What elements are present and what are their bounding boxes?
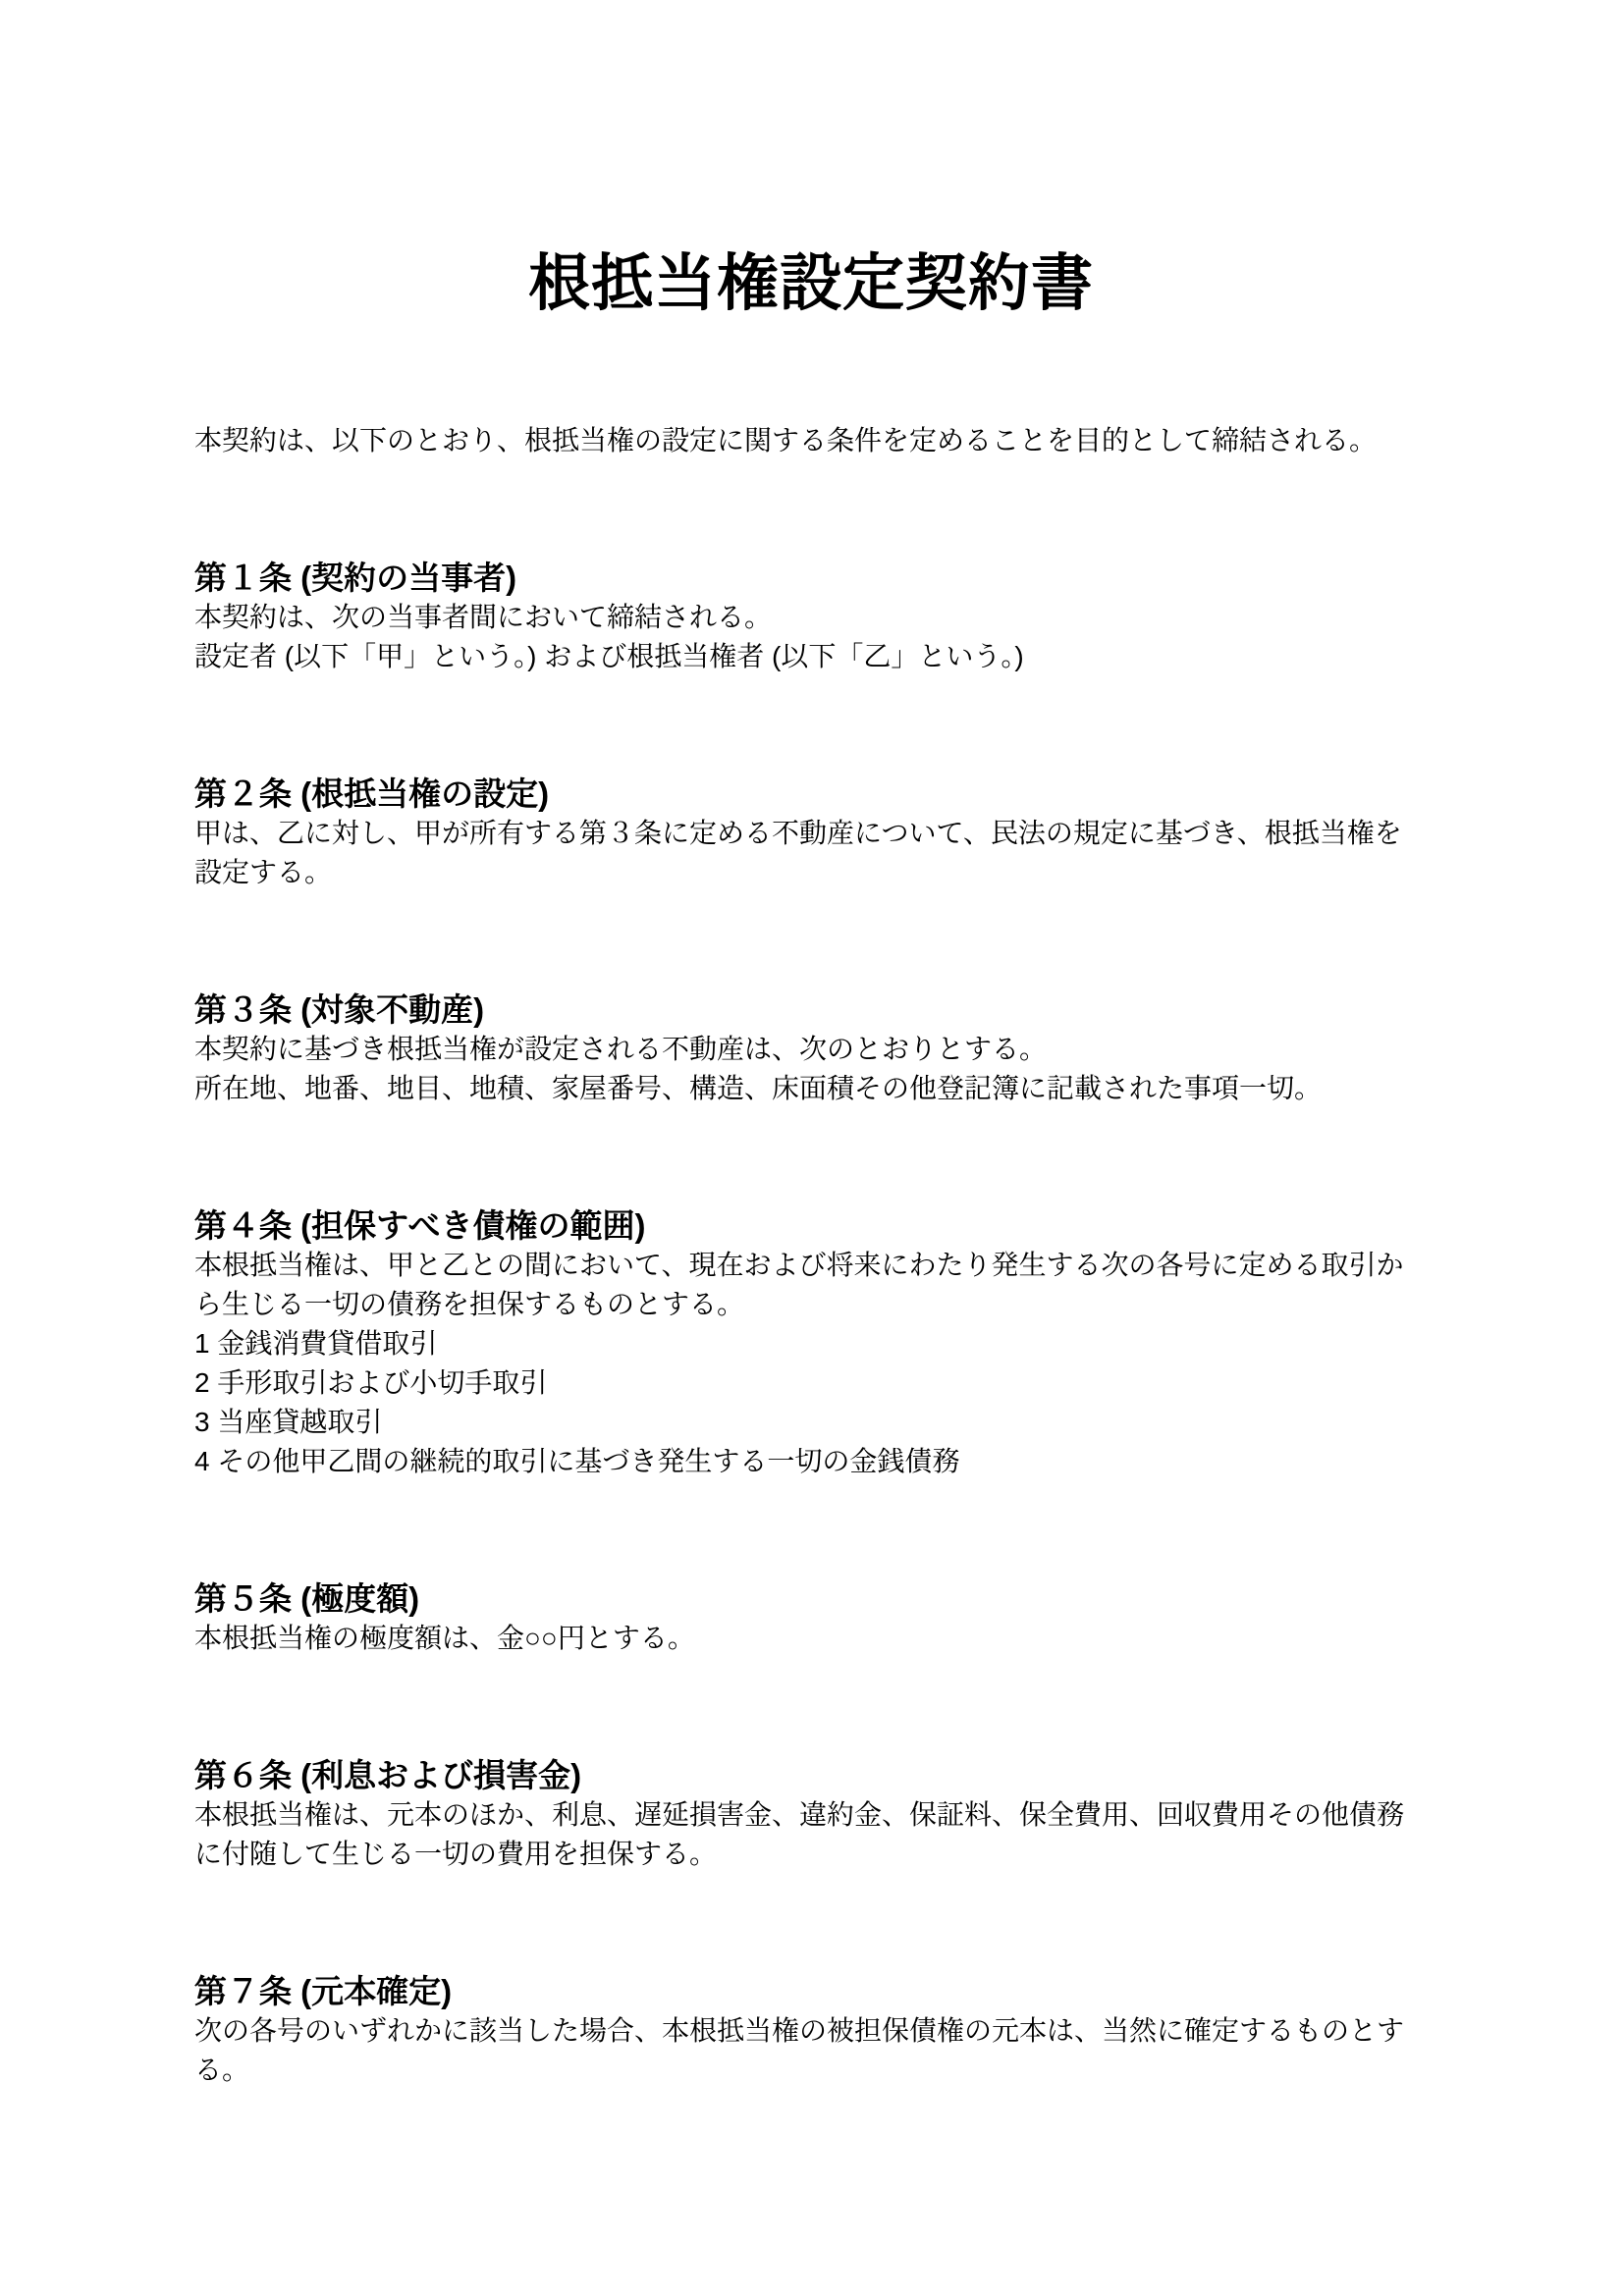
article-paragraph: 所在地、地番、地目、地積、家屋番号、構造、床面積その他登記簿に記載された事項一切… (194, 1069, 1428, 1108)
article-body: 本契約に基づき根抵当権が設定される不動産は、次のとおりとする。所在地、地番、地目… (194, 1030, 1428, 1108)
article-paragraph: 本根抵当権は、元本のほか、利息、遅延損害金、違約金、保証料、保全費用、回収費用そ… (194, 1795, 1428, 1874)
intro-paragraph: 本契約は、以下のとおり、根抵当権の設定に関する条件を定めることを目的として締結さ… (194, 421, 1428, 460)
contract-document: 根抵当権設定契約書 本契約は、以下のとおり、根抵当権の設定に関する条件を定めるこ… (0, 0, 1624, 2296)
article-section: 第６条 (利息および損害金) 本根抵当権は、元本のほか、利息、遅延損害金、違約金… (194, 1756, 1428, 1874)
article-section: 第４条 (担保すべき債権の範囲) 本根抵当権は、甲と乙との間において、現在および… (194, 1206, 1428, 1481)
article-section: 第１条 (契約の当事者) 本契約は、次の当事者間において締結される。設定者 (以… (194, 559, 1428, 676)
article-section: 第２条 (根抵当権の設定) 甲は、乙に対し、甲が所有する第３条に定める不動産につ… (194, 774, 1428, 892)
article-body: 本根抵当権の極度額は、金○○円とする。 (194, 1619, 1428, 1658)
article-paragraph: 甲は、乙に対し、甲が所有する第３条に定める不動産について、民法の規定に基づき、根… (194, 814, 1428, 892)
article-body: 次の各号のいずれかに該当した場合、本根抵当権の被担保債権の元本は、当然に確定する… (194, 2011, 1428, 2090)
article-heading: 第６条 (利息および損害金) (194, 1756, 1428, 1795)
numbered-list-item: 3 当座貸越取引 (194, 1403, 1428, 1442)
article-paragraph: 本根抵当権は、甲と乙との間において、現在および将来にわたり発生する次の各号に定め… (194, 1246, 1428, 1324)
article-paragraph: 本契約に基づき根抵当権が設定される不動産は、次のとおりとする。 (194, 1030, 1428, 1069)
numbered-list-item: 2 手形取引および小切手取引 (194, 1363, 1428, 1403)
article-body: 本契約は、次の当事者間において締結される。設定者 (以下「甲」という。) および… (194, 598, 1428, 676)
article-section: 第３条 (対象不動産) 本契約に基づき根抵当権が設定される不動産は、次のとおりと… (194, 990, 1428, 1108)
article-body: 甲は、乙に対し、甲が所有する第３条に定める不動産について、民法の規定に基づき、根… (194, 814, 1428, 892)
article-paragraph: 本契約は、次の当事者間において締結される。 (194, 598, 1428, 637)
article-heading: 第４条 (担保すべき債権の範囲) (194, 1206, 1428, 1246)
articles-container: 第１条 (契約の当事者) 本契約は、次の当事者間において締結される。設定者 (以… (194, 559, 1428, 2090)
article-paragraph: 次の各号のいずれかに該当した場合、本根抵当権の被担保債権の元本は、当然に確定する… (194, 2011, 1428, 2090)
article-heading: 第５条 (極度額) (194, 1579, 1428, 1619)
article-heading: 第３条 (対象不動産) (194, 990, 1428, 1030)
numbered-list-item: 1 金銭消費貸借取引 (194, 1324, 1428, 1363)
article-body: 本根抵当権は、甲と乙との間において、現在および将来にわたり発生する次の各号に定め… (194, 1246, 1428, 1481)
article-section: 第５条 (極度額) 本根抵当権の極度額は、金○○円とする。 (194, 1579, 1428, 1658)
numbered-list-item: 4 その他甲乙間の継続的取引に基づき発生する一切の金銭債務 (194, 1442, 1428, 1481)
article-heading: 第２条 (根抵当権の設定) (194, 774, 1428, 814)
article-body: 本根抵当権は、元本のほか、利息、遅延損害金、違約金、保証料、保全費用、回収費用そ… (194, 1795, 1428, 1874)
article-section: 第７条 (元本確定) 次の各号のいずれかに該当した場合、本根抵当権の被担保債権の… (194, 1972, 1428, 2090)
article-heading: 第１条 (契約の当事者) (194, 559, 1428, 598)
document-title: 根抵当権設定契約書 (194, 248, 1428, 319)
document-page: { "page": { "title": "根抵当権設定契約書", "intro… (0, 0, 1624, 2296)
article-paragraph: 本根抵当権の極度額は、金○○円とする。 (194, 1619, 1428, 1658)
article-heading: 第７条 (元本確定) (194, 1972, 1428, 2011)
article-paragraph: 設定者 (以下「甲」という。) および根抵当権者 (以下「乙」という。) (194, 637, 1428, 676)
